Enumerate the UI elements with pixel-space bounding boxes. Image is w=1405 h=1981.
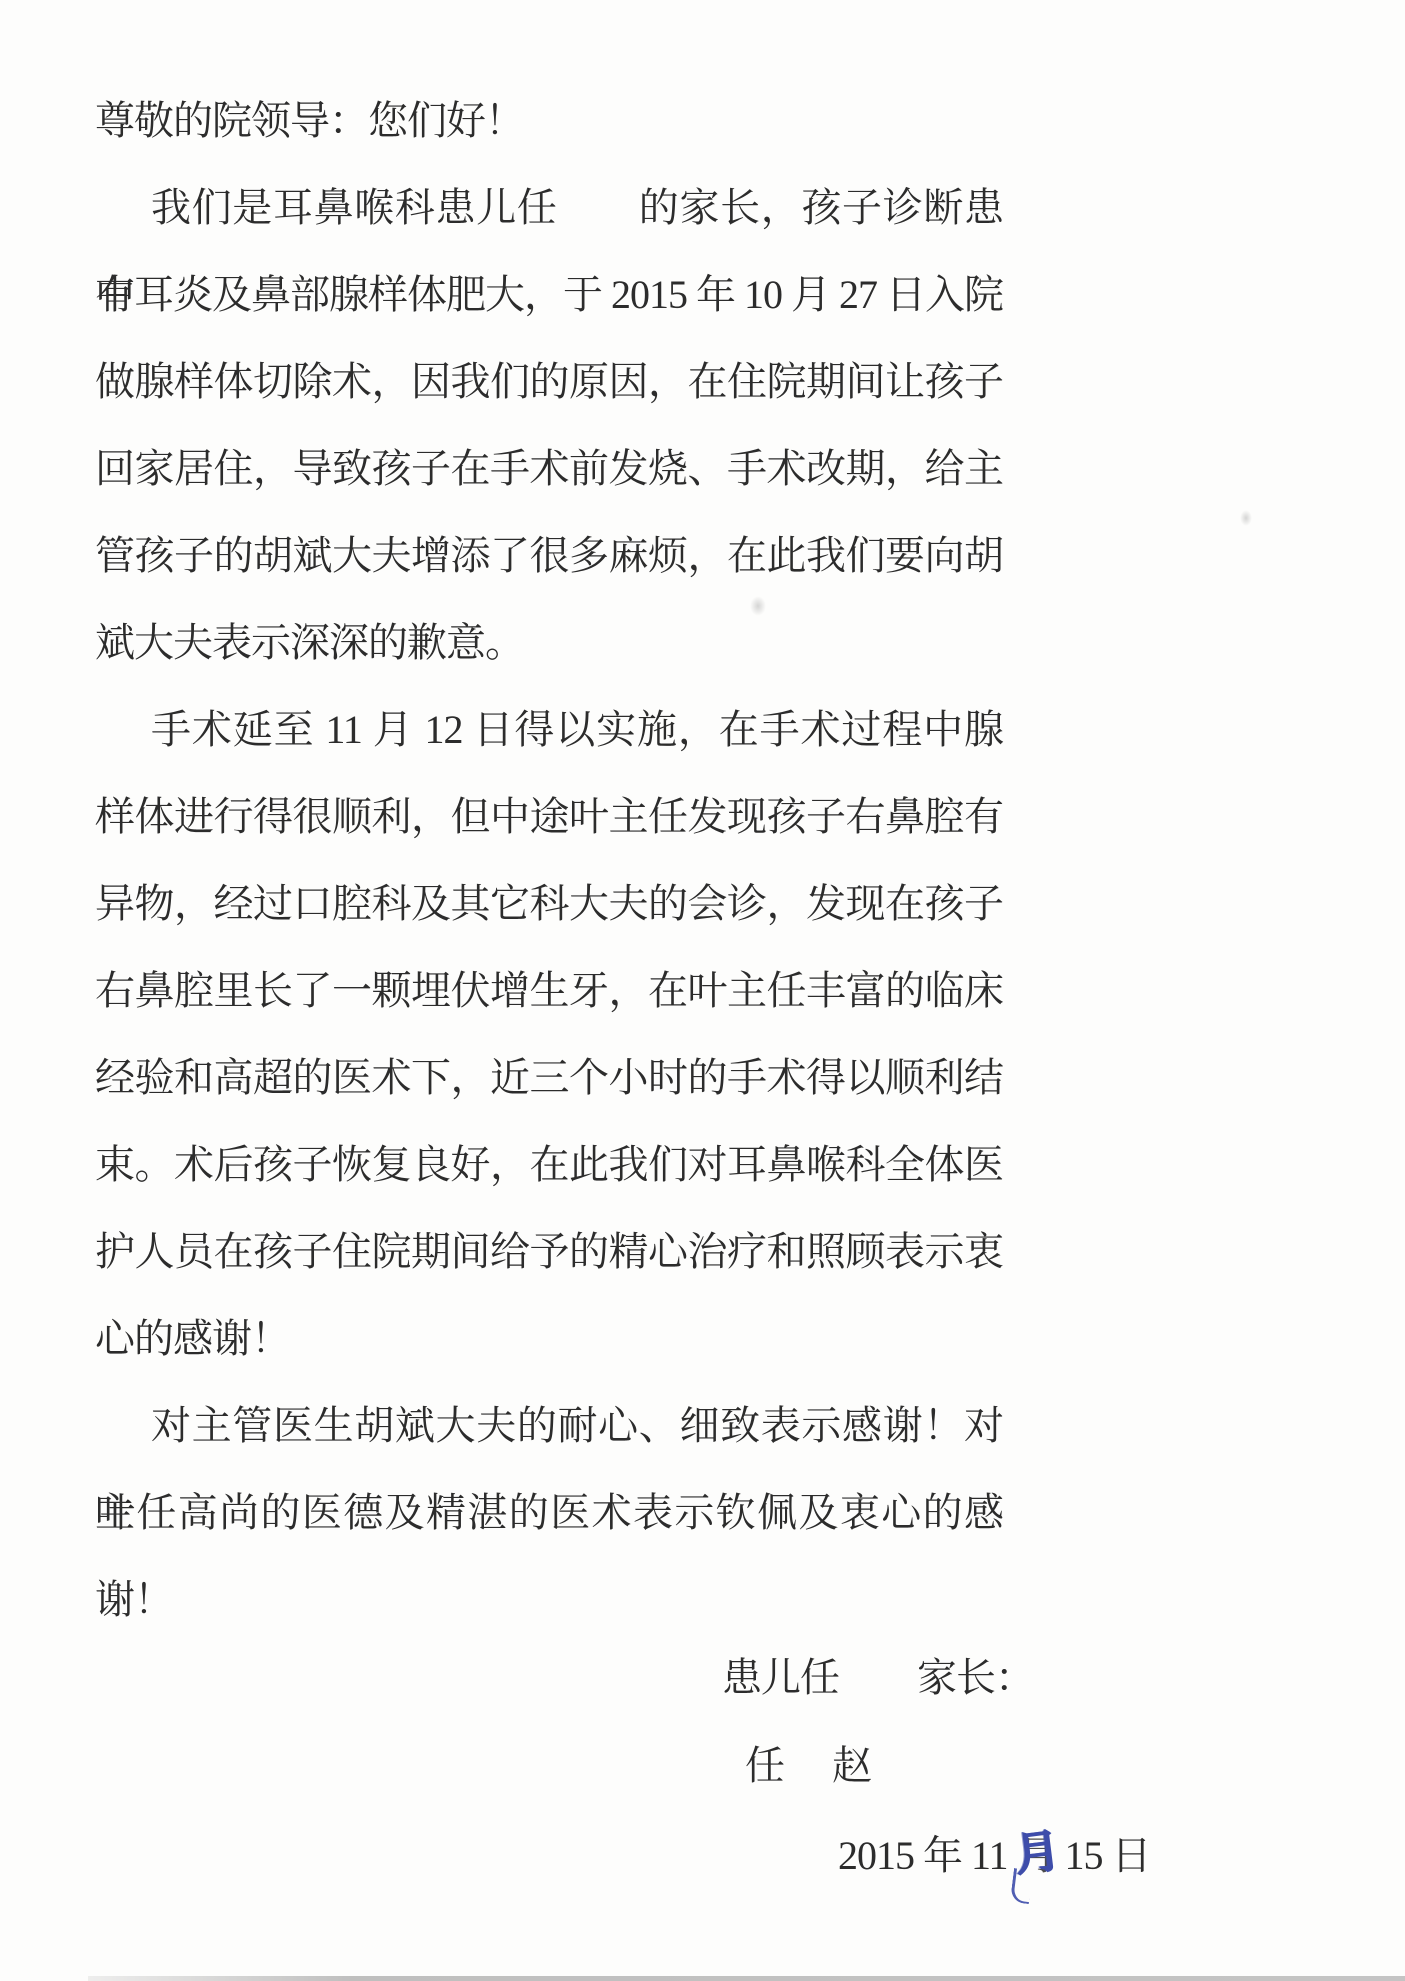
signature-parent-line: 患儿任 家长： [722,1648,1034,1708]
scanned-letter-page: 尊敬的院领导：您们好！ 我们是耳鼻喉科患儿任 的家长，孩子诊断患有 中耳炎及鼻部… [0,0,1405,1981]
letter-line: 做腺样体切除术，因我们的原因，在住院期间让孩子 [95,338,1003,425]
month-blue-pen-scribble: 月 [1011,1824,1062,1881]
month-overwrite: 月月 [1017,1826,1056,1886]
letter-line: 中耳炎及鼻部腺样体肥大，于 2015 年 10 月 27 日入院 [95,251,1003,338]
letter-line: 谢！ [95,1556,1003,1643]
letter-line: 斌大夫表示深深的歉意。 [95,599,1003,686]
letter-line: 异物，经过口腔科及其它科大夫的会诊，发现在孩子 [95,860,1003,947]
letter-line: 手术延至 11 月 12 日得以实施，在手术过程中腺 [95,686,1003,773]
letter-line: 我们是耳鼻喉科患儿任 的家长，孩子诊断患有 [95,164,1003,251]
scan-smudge [1240,510,1252,526]
letter-line: 对主管医生胡斌大夫的耐心、细致表示感谢！对叶 [95,1382,1003,1469]
letter-line: 经验和高超的医术下，近三个小时的手术得以顺利结 [95,1034,1003,1121]
letter-line: 束。术后孩子恢复良好，在此我们对耳鼻喉科全体医 [95,1121,1003,1208]
signature-date-line: 2015 年 11 月月 15 日 [838,1826,1151,1886]
letter-line: 护人员在孩子住院期间给予的精心治疗和照顾表示衷 [95,1208,1003,1295]
salutation-line: 尊敬的院领导：您们好！ [95,77,1003,164]
letter-line: 主任高尚的医德及精湛的医术表示钦佩及衷心的感 [95,1469,1003,1556]
letter-line: 样体进行得很顺利，但中途叶主任发现孩子右鼻腔有 [95,773,1003,860]
signature-names-line: 任 赵 [745,1736,871,1796]
letter-line: 回家居住，导致孩子在手术前发烧、手术改期，给主 [95,425,1003,512]
date-suffix: 15 日 [1056,1833,1151,1878]
letter-line: 右鼻腔里长了一颗埋伏增生牙，在叶主任丰富的临床 [95,947,1003,1034]
letter-body: 尊敬的院领导：您们好！ 我们是耳鼻喉科患儿任 的家长，孩子诊断患有 中耳炎及鼻部… [95,77,1003,1643]
scanner-edge-artifact [88,1976,1405,1981]
letter-line: 心的感谢！ [95,1295,1003,1382]
scan-smudge [750,596,766,616]
date-prefix: 2015 年 11 [838,1833,1017,1878]
letter-line: 管孩子的胡斌大夫增添了很多麻烦，在此我们要向胡 [95,512,1003,599]
